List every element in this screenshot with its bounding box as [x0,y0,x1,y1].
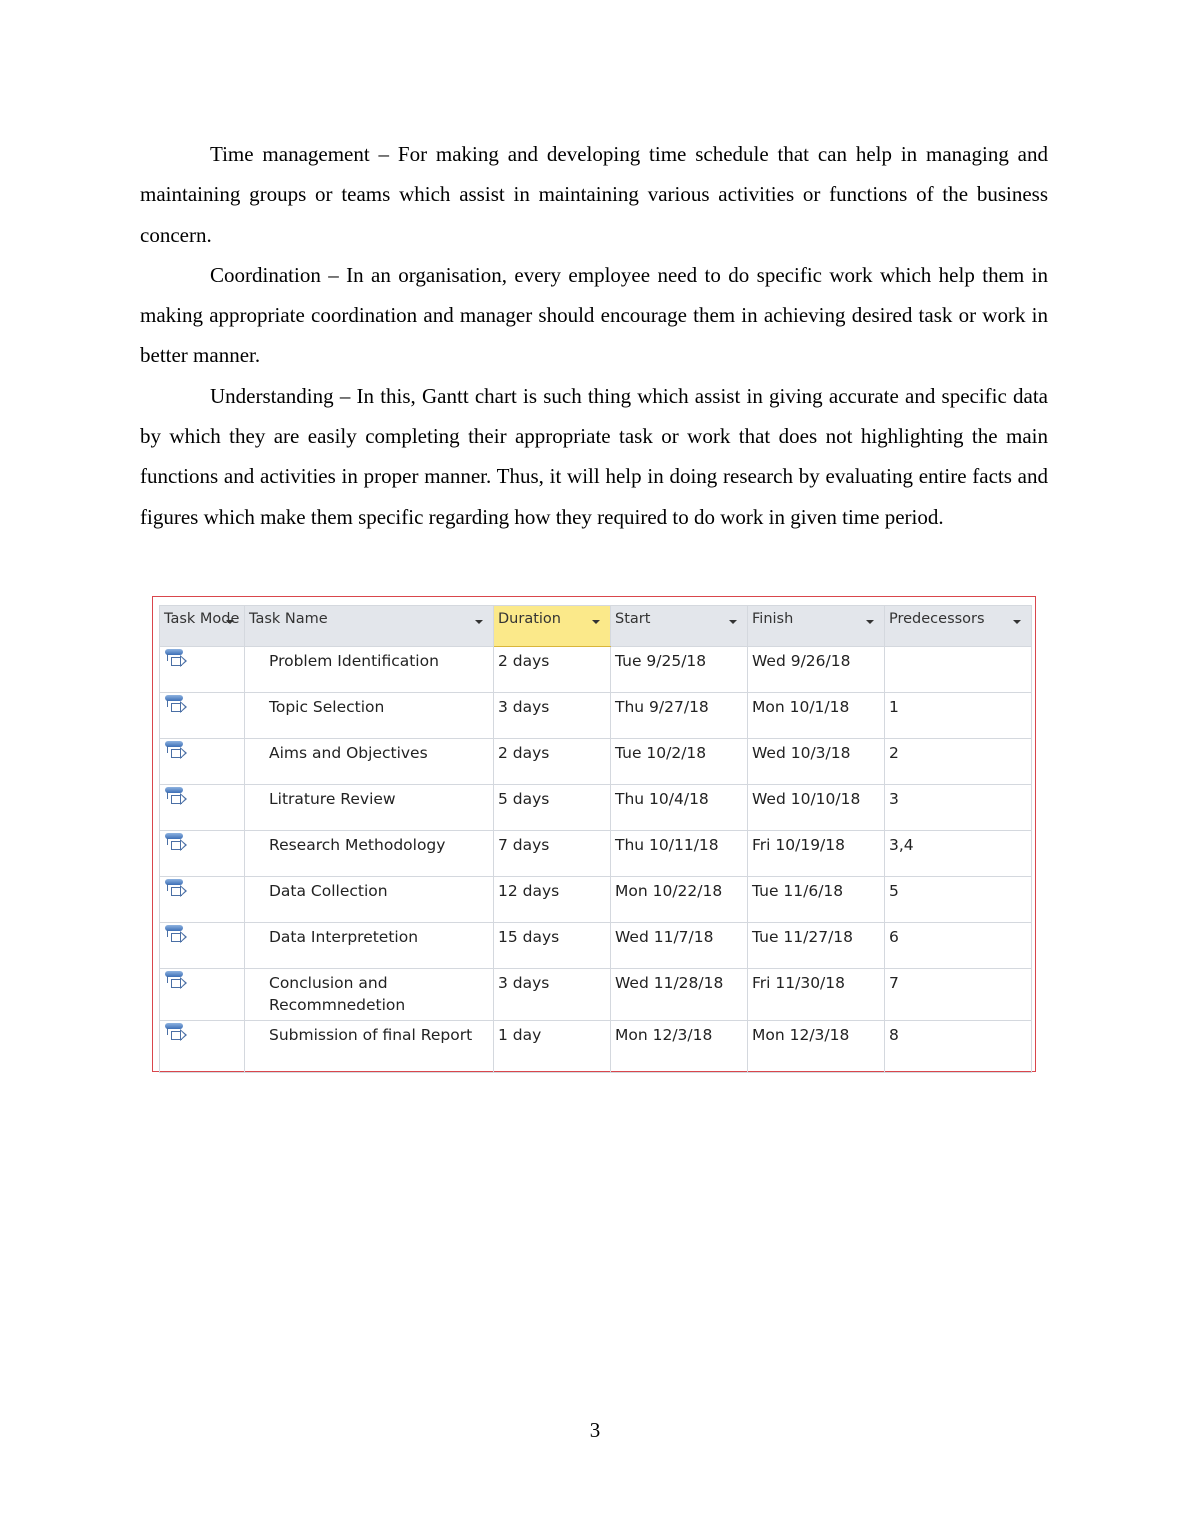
table-row[interactable]: Research Methodology7 daysThu 10/11/18Fr… [160,831,1032,877]
table-row[interactable]: Conclusion and Recommnedetion3 daysWed 1… [160,969,1032,1021]
task-name-cell[interactable]: Data Interpretetion [245,923,494,969]
paragraph-coordination: Coordination – In an organisation, every… [140,255,1048,376]
dropdown-arrow-icon[interactable] [729,620,737,624]
table-row[interactable]: Problem Identification2 daysTue 9/25/18W… [160,647,1032,693]
task-name-cell[interactable]: Aims and Objectives [245,739,494,785]
header-task-name[interactable]: Task Name [245,606,494,647]
duration-cell[interactable]: 3 days [494,693,611,739]
start-cell[interactable]: Thu 10/11/18 [611,831,748,877]
predecessors-cell[interactable]: 5 [885,877,1032,923]
header-start[interactable]: Start [611,606,748,647]
header-task-mode[interactable]: Task Mode [160,606,245,647]
task-mode-cell[interactable] [160,1021,245,1073]
task-mode-cell[interactable] [160,647,245,693]
paragraph-understanding: Understanding – In this, Gantt chart is … [140,376,1048,537]
finish-cell[interactable]: Tue 11/27/18 [748,923,885,969]
table-row[interactable]: Aims and Objectives2 daysTue 10/2/18Wed … [160,739,1032,785]
task-name-cell[interactable]: Conclusion and Recommnedetion [245,969,494,1021]
task-table: Task Mode Task Name Duration Start Finis… [159,605,1032,1073]
predecessors-cell[interactable]: 3 [885,785,1032,831]
auto-scheduled-task-icon [164,649,188,671]
auto-scheduled-task-icon [164,833,188,855]
duration-cell[interactable]: 3 days [494,969,611,1021]
task-name-cell[interactable]: Topic Selection [245,693,494,739]
table-row[interactable]: Litrature Review5 daysThu 10/4/18Wed 10/… [160,785,1032,831]
auto-scheduled-task-icon [164,695,188,717]
duration-cell[interactable]: 15 days [494,923,611,969]
task-mode-cell[interactable] [160,739,245,785]
header-predecessors[interactable]: Predecessors [885,606,1032,647]
start-cell[interactable]: Mon 10/22/18 [611,877,748,923]
header-finish[interactable]: Finish [748,606,885,647]
header-duration[interactable]: Duration [494,606,611,647]
duration-cell[interactable]: 7 days [494,831,611,877]
dropdown-arrow-icon[interactable] [592,620,600,624]
dropdown-arrow-icon[interactable] [866,620,874,624]
table-row[interactable]: Topic Selection3 daysThu 9/27/18Mon 10/1… [160,693,1032,739]
task-name-cell[interactable]: Litrature Review [245,785,494,831]
predecessors-cell[interactable]: 6 [885,923,1032,969]
task-name-cell[interactable]: Data Collection [245,877,494,923]
auto-scheduled-task-icon [164,879,188,901]
start-cell[interactable]: Tue 9/25/18 [611,647,748,693]
predecessors-cell[interactable]: 8 [885,1021,1032,1073]
finish-cell[interactable]: Tue 11/6/18 [748,877,885,923]
duration-cell[interactable]: 5 days [494,785,611,831]
finish-cell[interactable]: Wed 9/26/18 [748,647,885,693]
auto-scheduled-task-icon [164,971,188,993]
duration-cell[interactable]: 2 days [494,647,611,693]
task-mode-cell[interactable] [160,785,245,831]
table-row[interactable]: Data Collection12 daysMon 10/22/18Tue 11… [160,877,1032,923]
auto-scheduled-task-icon [164,741,188,763]
gantt-table-screenshot: Task Mode Task Name Duration Start Finis… [152,596,1036,1072]
auto-scheduled-task-icon [164,787,188,809]
auto-scheduled-task-icon [164,925,188,947]
task-name-cell[interactable]: Research Methodology [245,831,494,877]
start-cell[interactable]: Tue 10/2/18 [611,739,748,785]
predecessors-cell[interactable] [885,647,1032,693]
predecessors-cell[interactable]: 3,4 [885,831,1032,877]
start-cell[interactable]: Thu 10/4/18 [611,785,748,831]
predecessors-cell[interactable]: 7 [885,969,1032,1021]
dropdown-arrow-icon[interactable] [1013,620,1021,624]
task-mode-cell[interactable] [160,693,245,739]
finish-cell[interactable]: Fri 10/19/18 [748,831,885,877]
task-mode-cell[interactable] [160,969,245,1021]
start-cell[interactable]: Wed 11/7/18 [611,923,748,969]
table-row[interactable]: Submission of final Report1 dayMon 12/3/… [160,1021,1032,1073]
table-row[interactable]: Data Interpretetion15 daysWed 11/7/18Tue… [160,923,1032,969]
duration-cell[interactable]: 1 day [494,1021,611,1073]
duration-cell[interactable]: 2 days [494,739,611,785]
page-number: 3 [0,1418,1190,1443]
task-mode-cell[interactable] [160,831,245,877]
table-header-row: Task Mode Task Name Duration Start Finis… [160,606,1032,647]
document-body: Time management – For making and develop… [140,134,1048,537]
predecessors-cell[interactable]: 1 [885,693,1032,739]
task-mode-cell[interactable] [160,877,245,923]
task-name-cell[interactable]: Submission of final Report [245,1021,494,1073]
finish-cell[interactable]: Mon 10/1/18 [748,693,885,739]
finish-cell[interactable]: Fri 11/30/18 [748,969,885,1021]
predecessors-cell[interactable]: 2 [885,739,1032,785]
dropdown-arrow-icon[interactable] [475,620,483,624]
auto-scheduled-task-icon [164,1023,188,1045]
paragraph-time-management: Time management – For making and develop… [140,134,1048,255]
dropdown-arrow-icon[interactable] [226,620,234,624]
task-mode-cell[interactable] [160,923,245,969]
finish-cell[interactable]: Wed 10/10/18 [748,785,885,831]
task-name-cell[interactable]: Problem Identification [245,647,494,693]
duration-cell[interactable]: 12 days [494,877,611,923]
start-cell[interactable]: Wed 11/28/18 [611,969,748,1021]
start-cell[interactable]: Mon 12/3/18 [611,1021,748,1073]
finish-cell[interactable]: Wed 10/3/18 [748,739,885,785]
finish-cell[interactable]: Mon 12/3/18 [748,1021,885,1073]
start-cell[interactable]: Thu 9/27/18 [611,693,748,739]
